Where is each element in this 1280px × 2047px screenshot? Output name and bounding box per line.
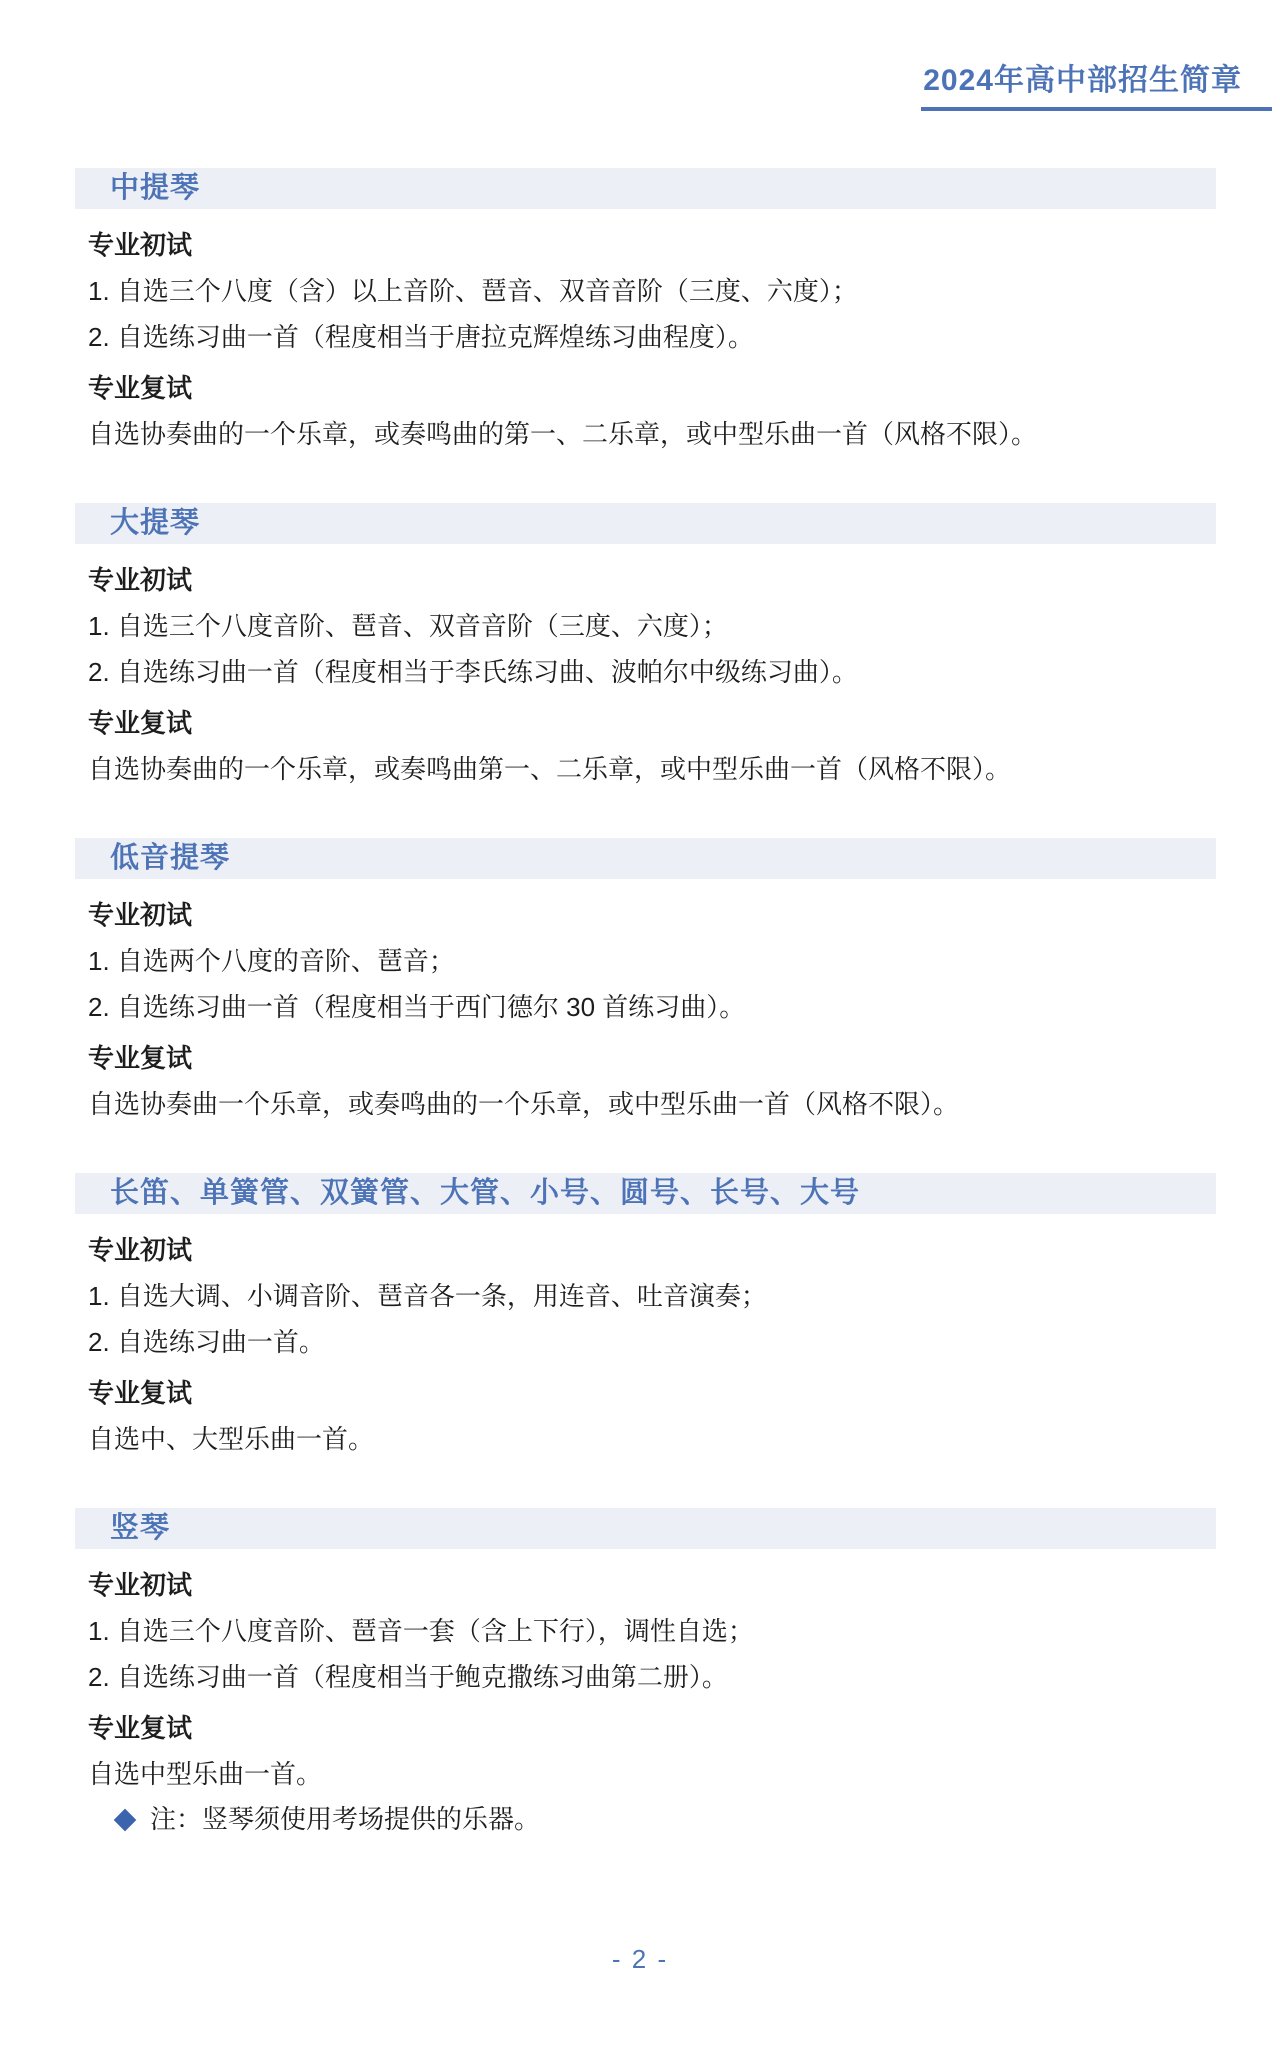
- section-title-bar: 低音提琴: [75, 838, 1216, 879]
- final-requirement: 自选中、大型乐曲一首。: [88, 1425, 1216, 1454]
- final-round-heading: 专业复试: [88, 1714, 1216, 1743]
- preliminary-round-heading: 专业初试: [88, 901, 1216, 930]
- requirement-item: 2. 自选练习曲一首（程度相当于李氏练习曲、波帕尔中级练习曲）。: [88, 658, 1216, 687]
- final-requirement: 自选中型乐曲一首。: [88, 1760, 1216, 1789]
- harp-note: 注：竖琴须使用考场提供的乐器。: [88, 1805, 1216, 1834]
- final-round-heading: 专业复试: [88, 1044, 1216, 1073]
- preliminary-round-heading: 专业初试: [88, 1236, 1216, 1265]
- preliminary-round-heading: 专业初试: [88, 566, 1216, 595]
- doc-header: 2024年高中部招生简章: [921, 64, 1272, 111]
- requirement-item: 2. 自选练习曲一首（程度相当于鲍克撒练习曲第二册）。: [88, 1663, 1216, 1692]
- section-title-bar: 竖琴: [75, 1508, 1216, 1549]
- section-cello: 大提琴 专业初试 1. 自选三个八度音阶、琶音、双音音阶（三度、六度）； 2. …: [88, 503, 1216, 784]
- section-title: 竖琴: [110, 1512, 170, 1544]
- preliminary-round-heading: 专业初试: [88, 1571, 1216, 1600]
- requirement-item: 1. 自选三个八度音阶、琶音一套（含上下行），调性自选；: [88, 1617, 1216, 1646]
- preliminary-round-heading: 专业初试: [88, 231, 1216, 260]
- section-winds-brass: 长笛、单簧管、双簧管、大管、小号、圆号、长号、大号 专业初试 1. 自选大调、小…: [88, 1173, 1216, 1454]
- requirement-item: 2. 自选练习曲一首。: [88, 1328, 1216, 1357]
- final-requirement: 自选协奏曲的一个乐章，或奏鸣曲的第一、二乐章，或中型乐曲一首（风格不限）。: [88, 420, 1216, 449]
- requirement-item: 2. 自选练习曲一首（程度相当于西门德尔 30 首练习曲）。: [88, 993, 1216, 1022]
- requirement-item: 1. 自选两个八度的音阶、琶音；: [88, 947, 1216, 976]
- doc-footer: - 2 -: [0, 1944, 1280, 1975]
- page: 2024年高中部招生简章 中提琴 专业初试 1. 自选三个八度（含）以上音阶、琶…: [0, 0, 1280, 2047]
- section-harp: 竖琴 专业初试 1. 自选三个八度音阶、琶音一套（含上下行），调性自选； 2. …: [88, 1508, 1216, 1834]
- section-title: 长笛、单簧管、双簧管、大管、小号、圆号、长号、大号: [110, 1177, 860, 1209]
- doc-title: 2024年高中部招生简章: [921, 64, 1272, 111]
- requirement-item: 1. 自选三个八度音阶、琶音、双音音阶（三度、六度）；: [88, 612, 1216, 641]
- requirement-item: 1. 自选三个八度（含）以上音阶、琶音、双音音阶（三度、六度）；: [88, 277, 1216, 306]
- page-number: - 2 -: [612, 1944, 668, 1974]
- final-round-heading: 专业复试: [88, 374, 1216, 403]
- section-title-bar: 大提琴: [75, 503, 1216, 544]
- requirement-item: 1. 自选大调、小调音阶、琶音各一条，用连音、吐音演奏；: [88, 1282, 1216, 1311]
- section-title-bar: 长笛、单簧管、双簧管、大管、小号、圆号、长号、大号: [75, 1173, 1216, 1214]
- section-title: 低音提琴: [110, 842, 230, 874]
- note-text: 注：竖琴须使用考场提供的乐器。: [150, 1805, 540, 1834]
- content: 中提琴 专业初试 1. 自选三个八度（含）以上音阶、琶音、双音音阶（三度、六度）…: [88, 168, 1216, 1834]
- section-double-bass: 低音提琴 专业初试 1. 自选两个八度的音阶、琶音； 2. 自选练习曲一首（程度…: [88, 838, 1216, 1119]
- final-round-heading: 专业复试: [88, 709, 1216, 738]
- requirement-item: 2. 自选练习曲一首（程度相当于唐拉克辉煌练习曲程度）。: [88, 323, 1216, 352]
- final-requirement: 自选协奏曲的一个乐章，或奏鸣曲第一、二乐章，或中型乐曲一首（风格不限）。: [88, 755, 1216, 784]
- final-requirement: 自选协奏曲一个乐章，或奏鸣曲的一个乐章，或中型乐曲一首（风格不限）。: [88, 1090, 1216, 1119]
- final-round-heading: 专业复试: [88, 1379, 1216, 1408]
- diamond-bullet-icon: [114, 1808, 137, 1831]
- section-viola: 中提琴 专业初试 1. 自选三个八度（含）以上音阶、琶音、双音音阶（三度、六度）…: [88, 168, 1216, 449]
- section-title-bar: 中提琴: [75, 168, 1216, 209]
- section-title: 大提琴: [110, 507, 200, 539]
- section-title: 中提琴: [110, 172, 200, 204]
